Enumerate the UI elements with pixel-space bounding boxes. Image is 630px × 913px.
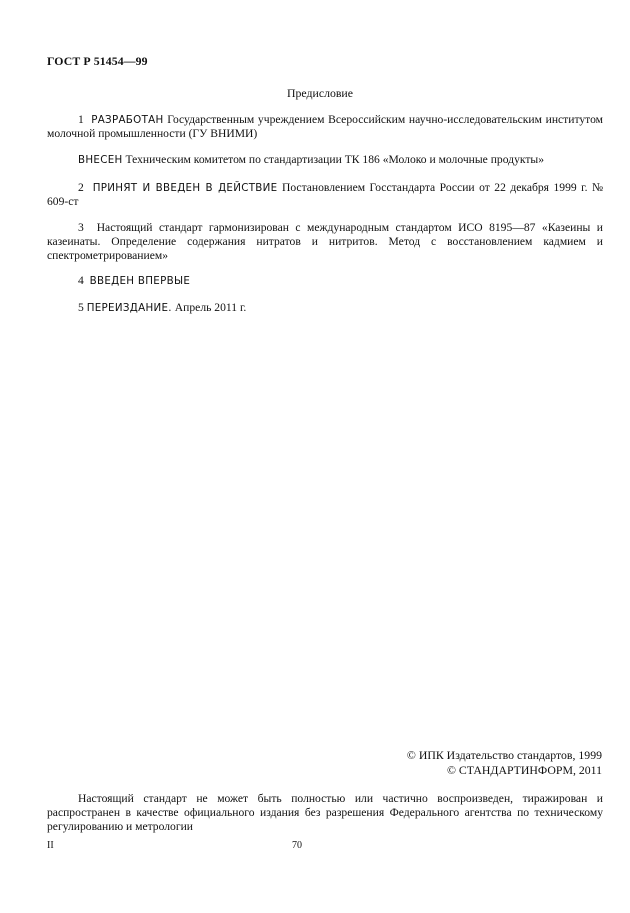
item-number: 4 [78, 274, 84, 287]
item-label: ПЕРЕИЗДАНИЕ. [87, 302, 172, 314]
foreword-item-3: 3 Настоящий стандарт гармонизирован с ме… [47, 221, 603, 263]
item-label: РАЗРАБОТАН [91, 114, 163, 126]
page-number: 70 [292, 839, 302, 853]
reproduction-notice: Настоящий стандарт не может быть полност… [47, 792, 603, 834]
page-roman-numeral: II [47, 839, 54, 853]
item-text: Апрель 2011 г. [175, 301, 247, 314]
foreword-item-submitted: ВНЕСЕН Техническим комитетом по стандарт… [47, 153, 603, 167]
item-number: 1 [78, 113, 84, 126]
item-label: ВВЕДЕН ВПЕРВЫЕ [90, 275, 191, 287]
foreword-item-4: 4 ВВЕДЕН ВПЕРВЫЕ [47, 274, 603, 288]
foreword-item-2: 2 ПРИНЯТ И ВВЕДЕН В ДЕЙСТВИЕ Постановлен… [47, 181, 603, 209]
document-code-header: ГОСТ Р 51454—99 [47, 54, 148, 68]
item-label: ПРИНЯТ И ВВЕДЕН В ДЕЙСТВИЕ [93, 182, 278, 194]
item-text: Техническим комитетом по стандартизации … [125, 153, 544, 166]
foreword-item-5: 5 ПЕРЕИЗДАНИЕ. Апрель 2011 г. [47, 301, 603, 315]
item-number: 3 [78, 221, 84, 234]
item-text: Настоящий стандарт гармонизирован с межд… [47, 221, 603, 262]
notice-text: Настоящий стандарт не может быть полност… [47, 792, 603, 833]
item-label: ВНЕСЕН [78, 154, 123, 166]
item-number: 5 [78, 301, 84, 314]
item-number: 2 [78, 181, 84, 194]
section-title-foreword: Предисловие [0, 86, 630, 100]
foreword-item-1: 1 РАЗРАБОТАН Государственным учреждением… [47, 113, 603, 141]
copyright-line-2: © СТАНДАРТИНФОРМ, 2011 [447, 763, 602, 777]
copyright-line-1: © ИПК Издательство стандартов, 1999 [407, 748, 602, 762]
